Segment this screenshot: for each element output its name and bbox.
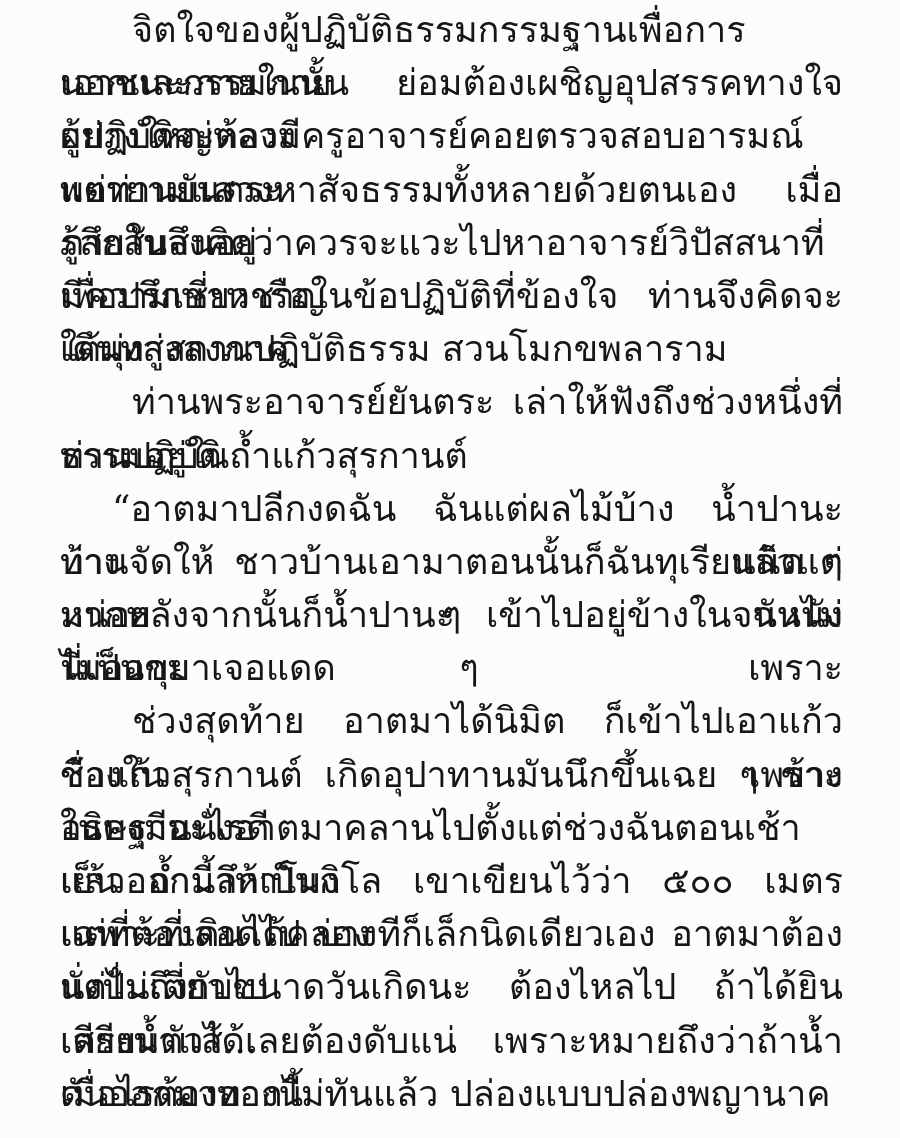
text-line: เตรียมตัวได้เลยต้องดับแน่ เพราะหมายถึงว่… <box>60 1015 843 1068</box>
text-line: ท่านพระอาจารย์ยันตระ เล่าให้ฟังถึงช่วงหน… <box>60 376 843 429</box>
text-line: ชื่อแก้วสุรกานต์ เกิดอุปาทานมันนึกขึ้นเฉ… <box>60 749 843 802</box>
text-line: อธิษฐานนั่งอาตมาคลานไปตั้งแต่ช่วงฉันตอนเ… <box>60 802 843 855</box>
document-body: จิตใจของผู้ปฏิบัติธรรมกรรมฐานเพื่อการเอา… <box>60 4 843 1121</box>
text-line: ธรรมอยู่ในถ้ำแก้วสุรกานต์ <box>60 430 843 483</box>
text-line: พยายามแสวงหาสัจธรรมทั้งหลายด้วยตนเอง เมื… <box>60 164 843 217</box>
text-line: ช่วงสุดท้าย อาตมาได้นิมิต ก็เข้าไปเอาแก้… <box>60 695 843 748</box>
text-line: เย็น ถ้ำนี้ลึกเป็นกิโล เขาเขียนไว้ว่า ๕๐… <box>60 855 843 908</box>
text-line: ใต้มุ่งสู่สถานปฏิบัติธรรม สวนโมกขพลาราม <box>60 323 843 376</box>
text-line: จิตใจของผู้ปฏิบัติธรรมกรรมฐานเพื่อการเอา… <box>60 4 843 57</box>
scanned-page: จิตใจของผู้ปฏิบัติธรรมกรรมฐานเพื่อการเอา… <box>0 0 900 1138</box>
text-line: ภายในจึงคิดว่าควรจะแวะไปหาอาจารย์วิปัสสน… <box>60 217 843 270</box>
paragraph: ท่านพระอาจารย์ยันตระ เล่าให้ฟังถึงช่วงหน… <box>60 376 843 482</box>
text-line: ท่านจัดให้ ชาวบ้านเอามาตอนนั้นก็ฉันทุเรี… <box>60 536 843 589</box>
paragraph: “อาตมาปลีกงดฉัน ฉันแต่ผลไม้บ้าง น้ำปานะบ… <box>60 483 843 696</box>
text-line: “อาตมาปลีกงดฉัน ฉันแต่ผลไม้บ้าง น้ำปานะบ… <box>60 483 843 536</box>
paragraph: ช่วงสุดท้าย อาตมาได้นิมิต ก็เข้าไปเอาแก้… <box>60 695 843 1121</box>
text-line: เพื่อปรึกษาหารือในข้อปฏิบัติที่ข้องใจ ท่… <box>60 270 843 323</box>
paragraph: จิตใจของผู้ปฏิบัติธรรมกรรมฐานเพื่อการเอา… <box>60 4 843 376</box>
text-line: ผู้ปฏิบัติจะต้องมีครูอาจารย์คอยตรวจสอบอา… <box>60 110 843 163</box>
text-line: เมื่อไรต้องออกไม่ทันแล้ว ปล่องแบบปล่องพญ… <box>60 1068 843 1121</box>
text-line: มากหลังจากนั้นก็น้ำปานะ เข้าไปอยู่ข้างใน… <box>60 589 843 642</box>
text-line: แต่ไม่ถึงกับขนาดวันเกิดนะ ต้องไหลไป ถ้าไ… <box>60 961 843 1014</box>
text-line: นอกและภายในนั้น ย่อมต้องเผชิญอุปสรรคทางใ… <box>60 57 843 110</box>
text-line: แต่ที่ต้องลอดไป บางทีก็เล็กนิดเดียวเอง อ… <box>60 908 843 961</box>
